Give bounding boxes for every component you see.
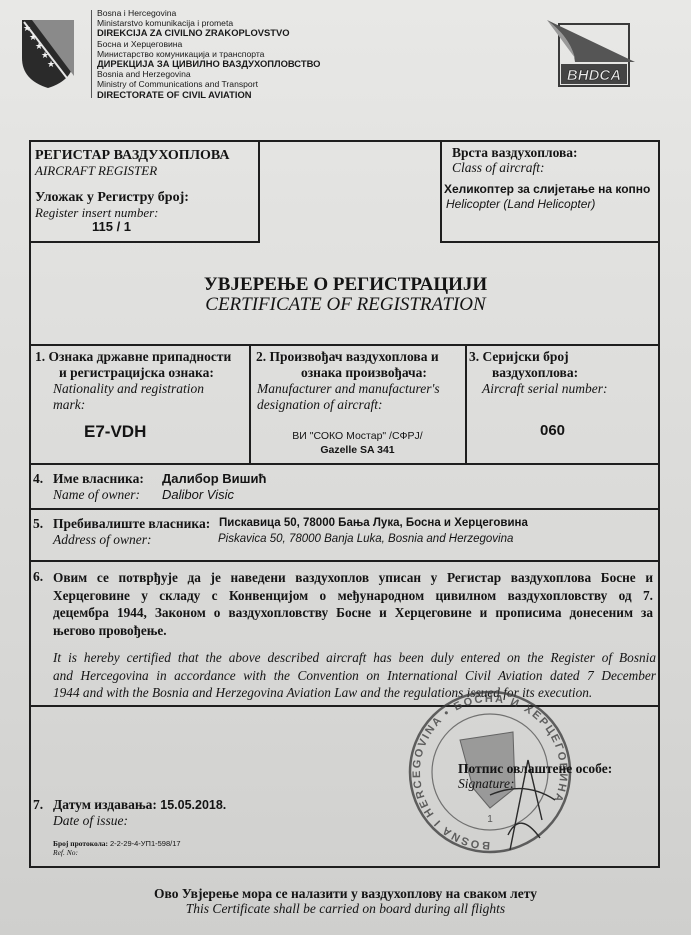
signature-label-en: Signature: <box>458 776 515 792</box>
manufacturer-label-en: Manufacturer and manufacturer's <box>257 381 440 397</box>
owner-address: Пискавица 50, 78000 Бања Лука, Босна и Х… <box>219 517 528 529</box>
class-value-en: Helicopter (Land Helicopter) <box>446 197 595 211</box>
owner-address-en: Piskavica 50, 78000 Banja Luka, Bosnia a… <box>218 533 513 545</box>
statement-line: његово провођење. <box>53 622 653 640</box>
issue-date: 15.05.2018. <box>160 798 226 812</box>
class-value: Хеликоптер за слијетање на копно <box>444 182 650 196</box>
certificate-title: УВЈЕРЕЊЕ О РЕГИСТРАЦИЈИ <box>0 274 691 296</box>
header-line: DIRECTORATE OF CIVIL AVIATION <box>97 90 320 100</box>
statement-line: It is hereby certified that the above de… <box>53 649 656 667</box>
nationality-label-en-2: mark: <box>53 397 85 413</box>
nationality-label: Ознака државне припадности <box>49 349 232 364</box>
manufacturer-value: ВИ "СОКО Мостар" /СФРЈ/ <box>250 430 465 442</box>
header-line: Bosnia and Herzegovina <box>97 69 320 79</box>
class-label: Врста ваздухоплова: <box>452 145 578 161</box>
insert-label: Уложак у Регистру број: <box>35 190 189 206</box>
certification-statement: Овим се потврђује да је наведени ваздухо… <box>53 569 653 639</box>
aircraft-designation: Gazelle SA 341 <box>250 444 465 456</box>
field-number: 4. <box>33 471 43 487</box>
divider <box>29 508 660 510</box>
field-number: 2. <box>256 349 266 364</box>
footer-note-en: This Certificate shall be carried on boa… <box>0 901 691 917</box>
divider <box>29 560 660 562</box>
address-label-en: Address of owner: <box>53 532 152 548</box>
field-number: 3. <box>469 349 479 364</box>
statement-line: and Hercegovina in accordance with the C… <box>53 667 656 685</box>
header-divider <box>91 10 92 98</box>
statement-line: децембра 1944, Законом о ваздухопловству… <box>53 604 653 622</box>
divider <box>29 463 660 465</box>
statement-line: Херцеговине у складу с Конвенцијом о међ… <box>53 587 653 605</box>
ref-label-en: Ref. No: <box>53 848 78 857</box>
serial-label-en: Aircraft serial number: <box>482 381 608 397</box>
field-number: 5. <box>33 516 43 532</box>
address-label: Пребивалиште власника: <box>53 516 210 532</box>
header-line: Босна и Херцеговина <box>97 39 320 49</box>
owner-label-en: Name of owner: <box>53 487 140 503</box>
register-title: РЕГИСТАР ВАЗДУХОПЛОВА <box>35 148 230 164</box>
divider <box>29 344 660 346</box>
ref-number: 2-2-29-4-УП1-598/17 <box>110 839 181 848</box>
serial-number: 060 <box>540 422 565 439</box>
footer-note: Ово Увјерење мора се налазити у ваздухоп… <box>0 886 691 902</box>
ref-label: Број протокола: <box>53 839 108 848</box>
issue-date-label: Датум издавања: <box>53 797 157 812</box>
insert-number: 115 / 1 <box>92 219 131 234</box>
svg-text:★: ★ <box>47 60 55 70</box>
coat-of-arms-icon: ★★★ ★★ <box>20 18 76 90</box>
class-label-en: Class of aircraft: <box>452 160 545 176</box>
nationality-label-en: Nationality and registration <box>53 381 204 397</box>
owner-name: Далибор Вишић <box>162 471 266 486</box>
manufacturer-label-2: ознака произвођача: <box>301 365 427 381</box>
signature-mark <box>480 740 560 860</box>
manufacturer-label-en-2: designation of aircraft: <box>257 397 383 413</box>
field-number: 6. <box>33 569 43 585</box>
field-number: 7. <box>33 797 43 813</box>
field-number: 1. <box>35 349 45 364</box>
certificate-title-en: CERTIFICATE OF REGISTRATION <box>0 294 691 316</box>
divider <box>465 344 467 464</box>
owner-name-en: Dalibor Visic <box>162 487 234 502</box>
header-line: ДИРЕКЦИЈА ЗА ЦИВИЛНО ВАЗДУХОПЛОВСТВО <box>97 59 320 69</box>
serial-label-2: ваздухоплова: <box>492 365 578 381</box>
header-line: DIREKCIJA ZA CIVILNO ZRAKOPLOVSTVO <box>97 28 320 38</box>
issuer-header: Bosna i HercegovinaMinistarstvo komunika… <box>97 8 320 100</box>
manufacturer-label: Произвођач ваздухоплова и <box>270 349 439 364</box>
nationality-label-2: и регистрацијска ознака: <box>59 365 214 381</box>
issue-date-label-en: Date of issue: <box>53 813 128 829</box>
registration-mark: E7-VDH <box>84 422 146 442</box>
serial-label: Серијски број <box>483 349 569 364</box>
svg-text:BHDCA: BHDCA <box>567 67 621 84</box>
signature-label: Потпис овлаштене особе: <box>458 761 612 777</box>
header-line: Bosna i Hercegovina <box>97 8 320 18</box>
owner-label: Име власника: <box>53 471 144 487</box>
certificate-page: ★★★ ★★ Bosna i HercegovinaMinistarstvo k… <box>0 0 691 935</box>
bhdca-logo-icon: BHDCA <box>545 18 637 90</box>
register-title-en: AIRCRAFT REGISTER <box>35 163 157 179</box>
statement-line: Овим се потврђује да је наведени ваздухо… <box>53 569 653 587</box>
